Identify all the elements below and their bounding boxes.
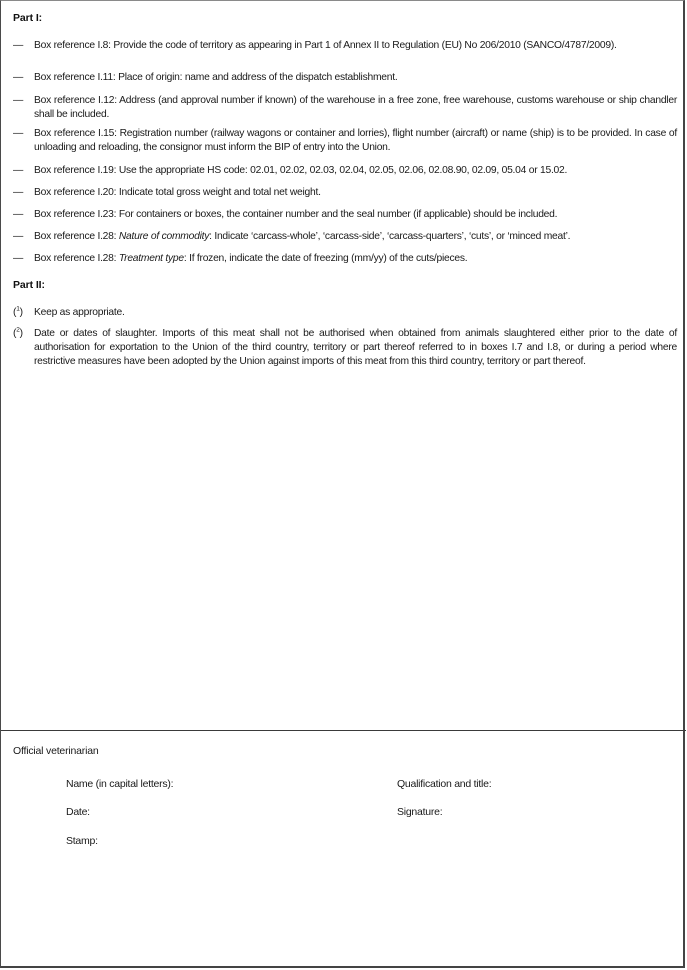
note-item-box-i20: — Box reference I.20: Indicate total gro… [13,186,677,200]
name-field-label: Name (in capital letters): [66,778,173,790]
note-item-box-i28-treatment: — Box reference I.28: Treatment type: If… [13,252,677,266]
qualification-field-label: Qualification and title: [397,778,491,790]
note-text: Box reference I.28: Nature of commodity:… [34,230,677,244]
note-text: Box reference I.20: Indicate total gross… [34,186,677,200]
note-item-box-i28-nature: — Box reference I.28: Nature of commodit… [13,230,677,244]
stamp-field-label: Stamp: [66,835,98,847]
note-text-suffix: : If frozen, indicate the date of freezi… [184,253,468,264]
part-2-heading: Part II: [13,279,45,291]
part-1-heading: Part I: [13,12,42,24]
note-item-box-i19: — Box reference I.19: Use the appropriat… [13,164,677,178]
notes-section: Part I: — Box reference I.8: Provide the… [1,1,686,731]
note-text-suffix: : Indicate ‘carcass-whole’, ‘carcass-sid… [209,231,570,242]
note-item-box-i15: — Box reference I.15: Registration numbe… [13,127,677,155]
note-text: Box reference I.19: Use the appropriate … [34,164,677,178]
note-text: Box reference I.15: Registration number … [34,127,677,155]
note-text-prefix: Box reference I.28: [34,231,119,242]
footnote-1: (1) Keep as appropriate. [13,306,677,320]
footnote-text: Date or dates of slaughter. Imports of t… [34,327,677,368]
dash-marker: — [13,252,31,266]
dash-marker: — [13,164,31,178]
certificate-page: Part I: — Box reference I.8: Provide the… [0,0,685,968]
official-veterinarian-title: Official veterinarian [13,745,98,757]
dash-marker: — [13,94,31,108]
dash-marker: — [13,39,31,53]
note-text: Box reference I.8: Provide the code of t… [34,39,677,53]
note-text: Box reference I.23: For containers or bo… [34,208,677,222]
note-text: Box reference I.28: Treatment type: If f… [34,252,677,266]
note-text: Box reference I.12: Address (and approva… [34,94,677,122]
note-text-prefix: Box reference I.28: [34,253,119,264]
note-text-italic: Nature of commodity [119,231,209,242]
date-field-label: Date: [66,806,90,818]
dash-marker: — [13,208,31,222]
note-text-italic: Treatment type [119,253,184,264]
note-item-box-i12: — Box reference I.12: Address (and appro… [13,94,677,122]
note-item-box-i23: — Box reference I.23: For containers or … [13,208,677,222]
note-item-box-i8: — Box reference I.8: Provide the code of… [13,39,677,53]
footnote-2: (2) Date or dates of slaughter. Imports … [13,327,677,368]
signature-field-label: Signature: [397,806,442,818]
footnote-text: Keep as appropriate. [34,306,677,320]
footnote-marker: (1) [13,306,31,320]
footnote-marker: (2) [13,327,31,341]
dash-marker: — [13,230,31,244]
dash-marker: — [13,186,31,200]
dash-marker: — [13,127,31,141]
note-item-box-i11: — Box reference I.11: Place of origin: n… [13,71,677,85]
note-text: Box reference I.11: Place of origin: nam… [34,71,677,85]
official-veterinarian-section: Official veterinarian Name (in capital l… [1,731,686,969]
dash-marker: — [13,71,31,85]
